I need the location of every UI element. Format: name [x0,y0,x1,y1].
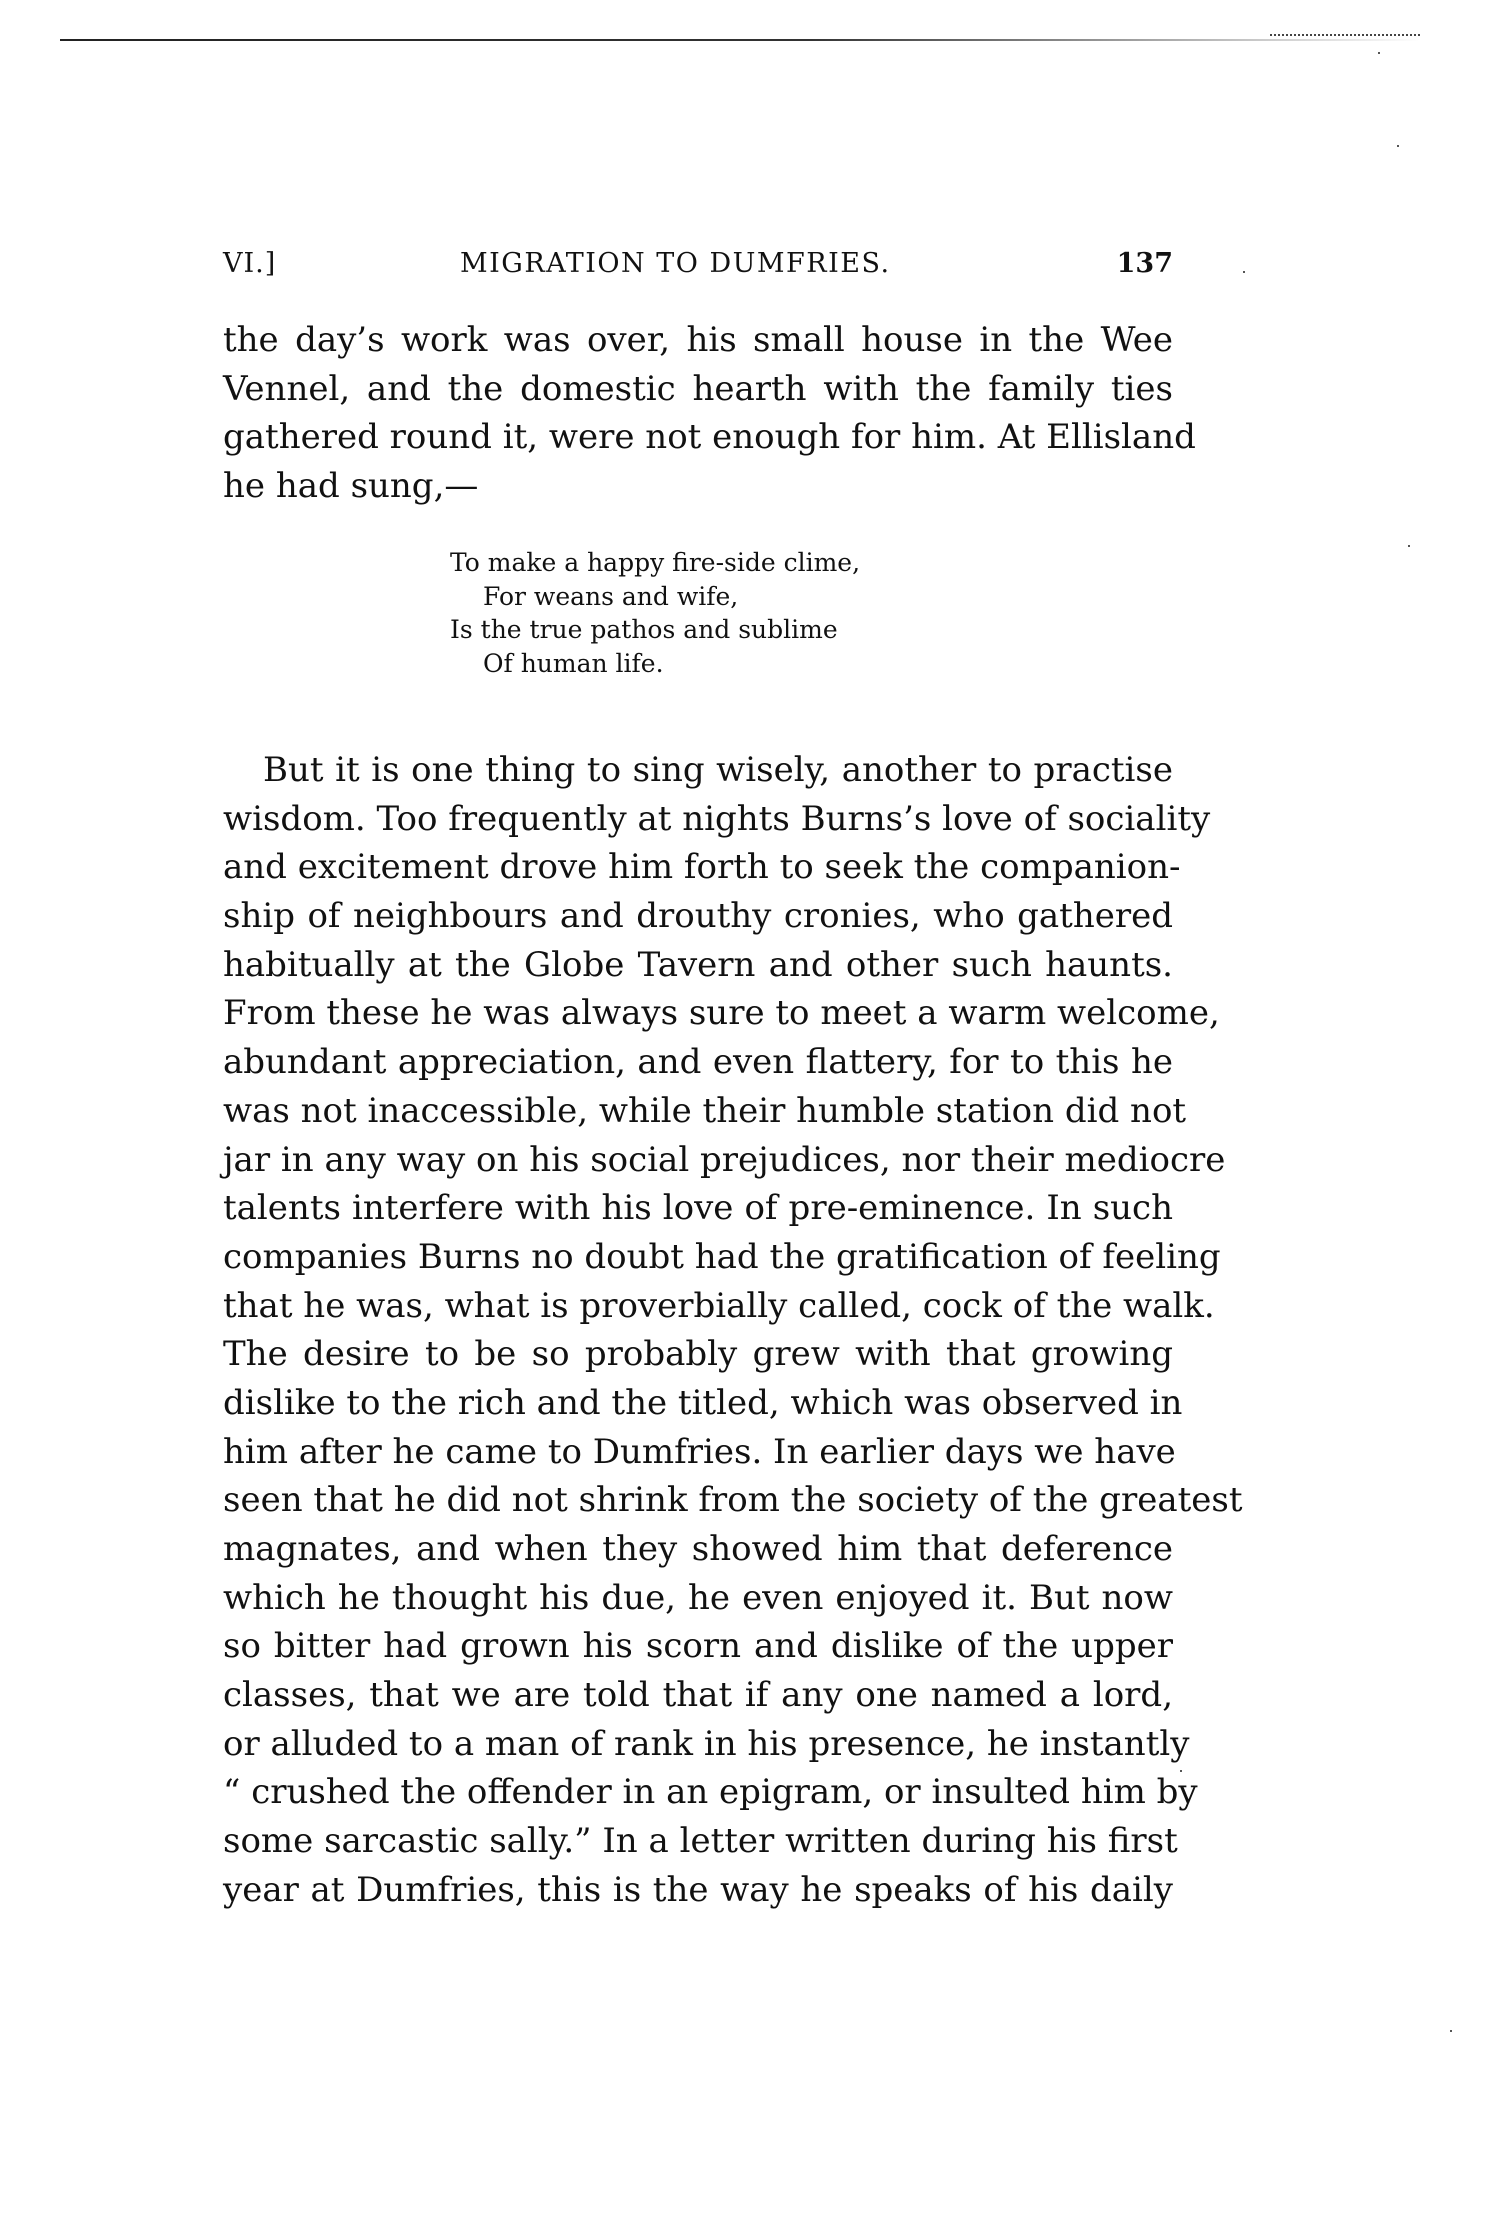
text-line: “ crushed the offender in an epigram, or… [223,1768,1173,1817]
text-line: dislike to the rich and the titled, whic… [223,1379,1173,1428]
text-line: which he thought his due, he even enjoye… [223,1574,1173,1623]
chapter-marker: VI.] [223,247,276,281]
text-line: was not inaccessible, while their humble… [223,1087,1173,1136]
scan-speck [1397,145,1399,147]
text-line: so bitter had grown his scorn and dislik… [223,1622,1173,1671]
scan-speck [1450,2030,1452,2032]
running-title: MIGRATION TO DUMFRIES. [460,247,891,281]
text-line: gathered round it, were not enough for h… [223,413,1173,462]
text-line: Vennel, and the domestic hearth with the… [223,365,1173,414]
text-line: some sarcastic sally.” In a letter writt… [223,1817,1173,1866]
paragraph-main: But it is one thing to sing wisely, anot… [223,746,1173,1915]
scan-top-edge-rule [60,39,1420,41]
text-line: the day’s work was over, his small house… [223,316,1173,365]
text-line: year at Dumfries, this is the way he spe… [223,1866,1173,1915]
scan-speck [1408,545,1410,547]
text-line: jar in any way on his social prejudices,… [223,1136,1173,1185]
page-number: 137 [1117,247,1173,281]
scan-speck [1243,271,1245,273]
scan-speck [1180,1770,1182,1772]
text-line: ship of neighbours and drouthy cronies, … [223,892,1173,941]
text-line: abundant appreciation, and even flattery… [223,1038,1173,1087]
text-line: From these he was always sure to meet a … [223,989,1173,1038]
text-line: wisdom. Too frequently at nights Burns’s… [223,795,1173,844]
text-line: that he was, what is proverbially called… [223,1282,1173,1331]
verse-quotation: To make a happy fire-side clime, For wea… [450,546,860,681]
text-line: he had sung,— [223,462,1173,511]
text-line: But it is one thing to sing wisely, anot… [223,746,1173,795]
text-line: magnates, and when they showed him that … [223,1525,1173,1574]
text-line: The desire to be so probably grew with t… [223,1330,1173,1379]
verse-line: Of human life. [450,647,860,681]
text-line: habitually at the Globe Tavern and other… [223,941,1173,990]
text-line: seen that he did not shrink from the soc… [223,1476,1173,1525]
text-line: companies Burns no doubt had the gratifi… [223,1233,1173,1282]
verse-line: Is the true pathos and sublime [450,613,860,647]
text-line: him after he came to Dumfries. In earlie… [223,1428,1173,1477]
verse-line: For weans and wife, [450,580,860,614]
text-line: or alluded to a man of rank in his prese… [223,1720,1173,1769]
scan-top-edge-dots [1270,34,1420,36]
paragraph-continuation: the day’s work was over, his small house… [223,316,1173,511]
text-line: and excitement drove him forth to seek t… [223,843,1173,892]
scan-speck [1378,52,1380,54]
verse-line: To make a happy fire-side clime, [450,546,860,580]
text-line: classes, that we are told that if any on… [223,1671,1173,1720]
running-head: VI.] MIGRATION TO DUMFRIES. 137 [223,247,1173,281]
text-line: talents interfere with his love of pre-e… [223,1184,1173,1233]
